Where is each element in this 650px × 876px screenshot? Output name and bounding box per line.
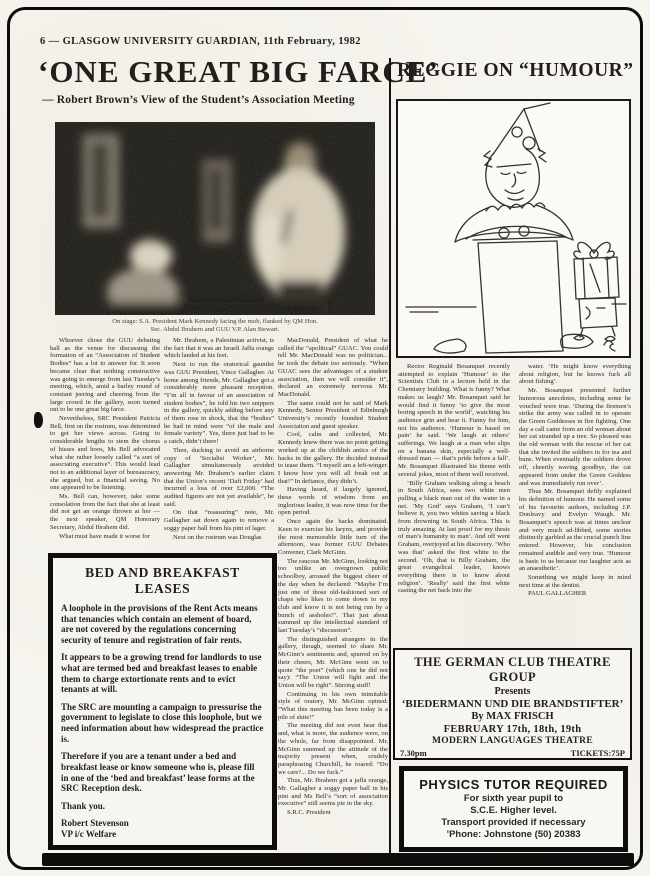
advert-author: By MAX FRISCH — [395, 711, 630, 722]
paragraph: The distinguished strangers in the galle… — [278, 636, 388, 690]
paragraph: Next to run the oratorical gauntlet was … — [164, 361, 274, 446]
article-column-3: MacDonald, President of what he called t… — [278, 337, 388, 849]
advert-line: S.C.E. Higher level. — [404, 805, 623, 816]
advert-dates: FEBRUARY 17th, 18th, 19th — [395, 724, 630, 735]
paragraph: A loophole in the provisions of the Rent… — [61, 603, 264, 645]
advert-body: For sixth year pupil toS.C.E. Higher lev… — [404, 793, 623, 840]
column-divider-rule — [389, 58, 391, 853]
paragraph: What must have made it worse for — [50, 533, 160, 541]
meeting-photo-image — [55, 122, 375, 315]
paragraph: Cool, calm and collected, Mr. Kennedy kn… — [278, 431, 388, 485]
paragraph: Thank you. — [61, 801, 264, 812]
paragraph: It appears to be a growing trend for lan… — [61, 652, 264, 694]
paragraph: Continuing in his own inimitable style o… — [278, 691, 388, 722]
paragraph: Whoever chose the GUU debating hall as t… — [50, 337, 160, 414]
main-subhead: — Robert Brown’s View of the Student’s A… — [42, 94, 390, 106]
german-club-advert: THE GERMAN CLUB THEATRE GROUP Presents ‘… — [393, 648, 632, 760]
notice-body: A loophole in the provisions of the Rent… — [61, 603, 264, 840]
advert-presents: Presents — [395, 686, 630, 697]
advert-play-title: ‘BIEDERMANN UND DIE BRANDSTIFTER’ — [395, 698, 630, 710]
newspaper-page: 6 — GLASGOW UNIVERSITY GUARDIAN, 11th Fe… — [0, 0, 650, 876]
paragraph: MacDonald, President of what he called t… — [278, 337, 388, 399]
paragraph: Thus, Mr. Ibrahem got a jaffa orange, Mr… — [278, 777, 388, 808]
page-bottom-rule — [42, 853, 634, 866]
advert-line: For sixth year pupil to — [404, 793, 623, 804]
article-column-2: Mr. Ibrahem, a Palestinian activist, is … — [164, 337, 274, 550]
paragraph: On that “reassuring” note, Mr. Gallagher… — [164, 509, 274, 532]
paragraph: Ms. Bell can, however, take some consola… — [50, 493, 160, 532]
advert-tickets: TICKETS:75P — [571, 748, 625, 758]
paragraph: Thus Mr. Bosanquet deftly explained his … — [519, 488, 631, 573]
scan-speck — [34, 412, 43, 428]
paragraph: The raucous Mr. McGinn, looking not too … — [278, 558, 388, 635]
paragraph: ‘Billy Graham walking along a beach in S… — [398, 480, 510, 596]
article-column-1: Whoever chose the GUU debating hall as t… — [50, 337, 160, 550]
notice-title: BED AND BREAKFAST LEASES — [61, 565, 264, 597]
paragraph: Mr. Ibrahem, a Palestinian activist, is … — [164, 337, 274, 360]
reggie-cartoon — [398, 101, 629, 356]
advert-details-row: 7.30pm TICKETS:75P — [395, 746, 630, 758]
right-column-2: water. ‘He might know everything about r… — [519, 363, 631, 646]
paragraph: Rector Reginald Bosanquet recently attem… — [398, 363, 510, 479]
advert-title: PHYSICS TUTOR REQUIRED — [404, 777, 623, 792]
advert-group-name: THE GERMAN CLUB THEATRE GROUP — [395, 655, 630, 685]
reggie-cartoon-box — [396, 99, 631, 358]
main-headline: ‘ONE GREAT BIG FARCE’ — [38, 54, 390, 90]
bed-and-breakfast-notice: BED AND BREAKFAST LEASES A loophole in t… — [48, 553, 277, 850]
physics-tutor-advert: PHYSICS TUTOR REQUIRED For sixth year pu… — [399, 766, 628, 852]
photo-caption: On stage: S.A. President Mark Kennedy fa… — [55, 318, 375, 334]
paragraph: Mr. Bosanquet presented further humorous… — [519, 387, 631, 487]
paragraph: Nevertheless, SRC President Patricia Bel… — [50, 415, 160, 492]
masthead: 6 — GLASGOW UNIVERSITY GUARDIAN, 11th Fe… — [40, 36, 361, 47]
paragraph: Next on the rostrum was Douglas — [164, 534, 274, 542]
advert-venue: MODERN LANGUAGES THEATRE — [395, 736, 630, 746]
advert-time: 7.30pm — [400, 748, 427, 758]
paragraph: Having heard, if largely ignored, these … — [278, 486, 388, 517]
right-column-1: Rector Reginald Bosanquet recently attem… — [398, 363, 510, 646]
advert-line: ’Phone: Johnstone (50) 20383 — [404, 829, 623, 840]
paragraph: The SRC are mounting a campaign to press… — [61, 702, 264, 744]
paragraph: The meeting did not even hear that and, … — [278, 722, 388, 776]
paragraph: Robert Stevenson VP i/c Welfare — [61, 818, 264, 839]
paragraph: Once again the hacks dominated. Keen to … — [278, 518, 388, 557]
paragraph: water. ‘He might know everything about r… — [519, 363, 631, 386]
paragraph: Then, ducking to avoid an airborne copy … — [164, 447, 274, 509]
paragraph: Therefore if you are a tenant under a be… — [61, 751, 264, 793]
paragraph: Something we might keep in mind next tim… — [519, 574, 631, 589]
meeting-photo — [55, 122, 375, 315]
paragraph: PAUL GALLAGHER — [519, 590, 631, 598]
paragraph: S.R.C. President — [278, 809, 388, 817]
paragraph: The same could not be said of Mark Kenne… — [278, 400, 388, 431]
photo-caption-line2: Sec. Abdul Ibrahem and GUU V.P. Alan Ste… — [55, 326, 375, 334]
right-headline: REGGIE ON “HUMOUR” — [397, 60, 633, 82]
advert-line: Transport provided if necessary — [404, 817, 623, 828]
photo-caption-line1: On stage: S.A. President Mark Kennedy fa… — [55, 318, 375, 326]
